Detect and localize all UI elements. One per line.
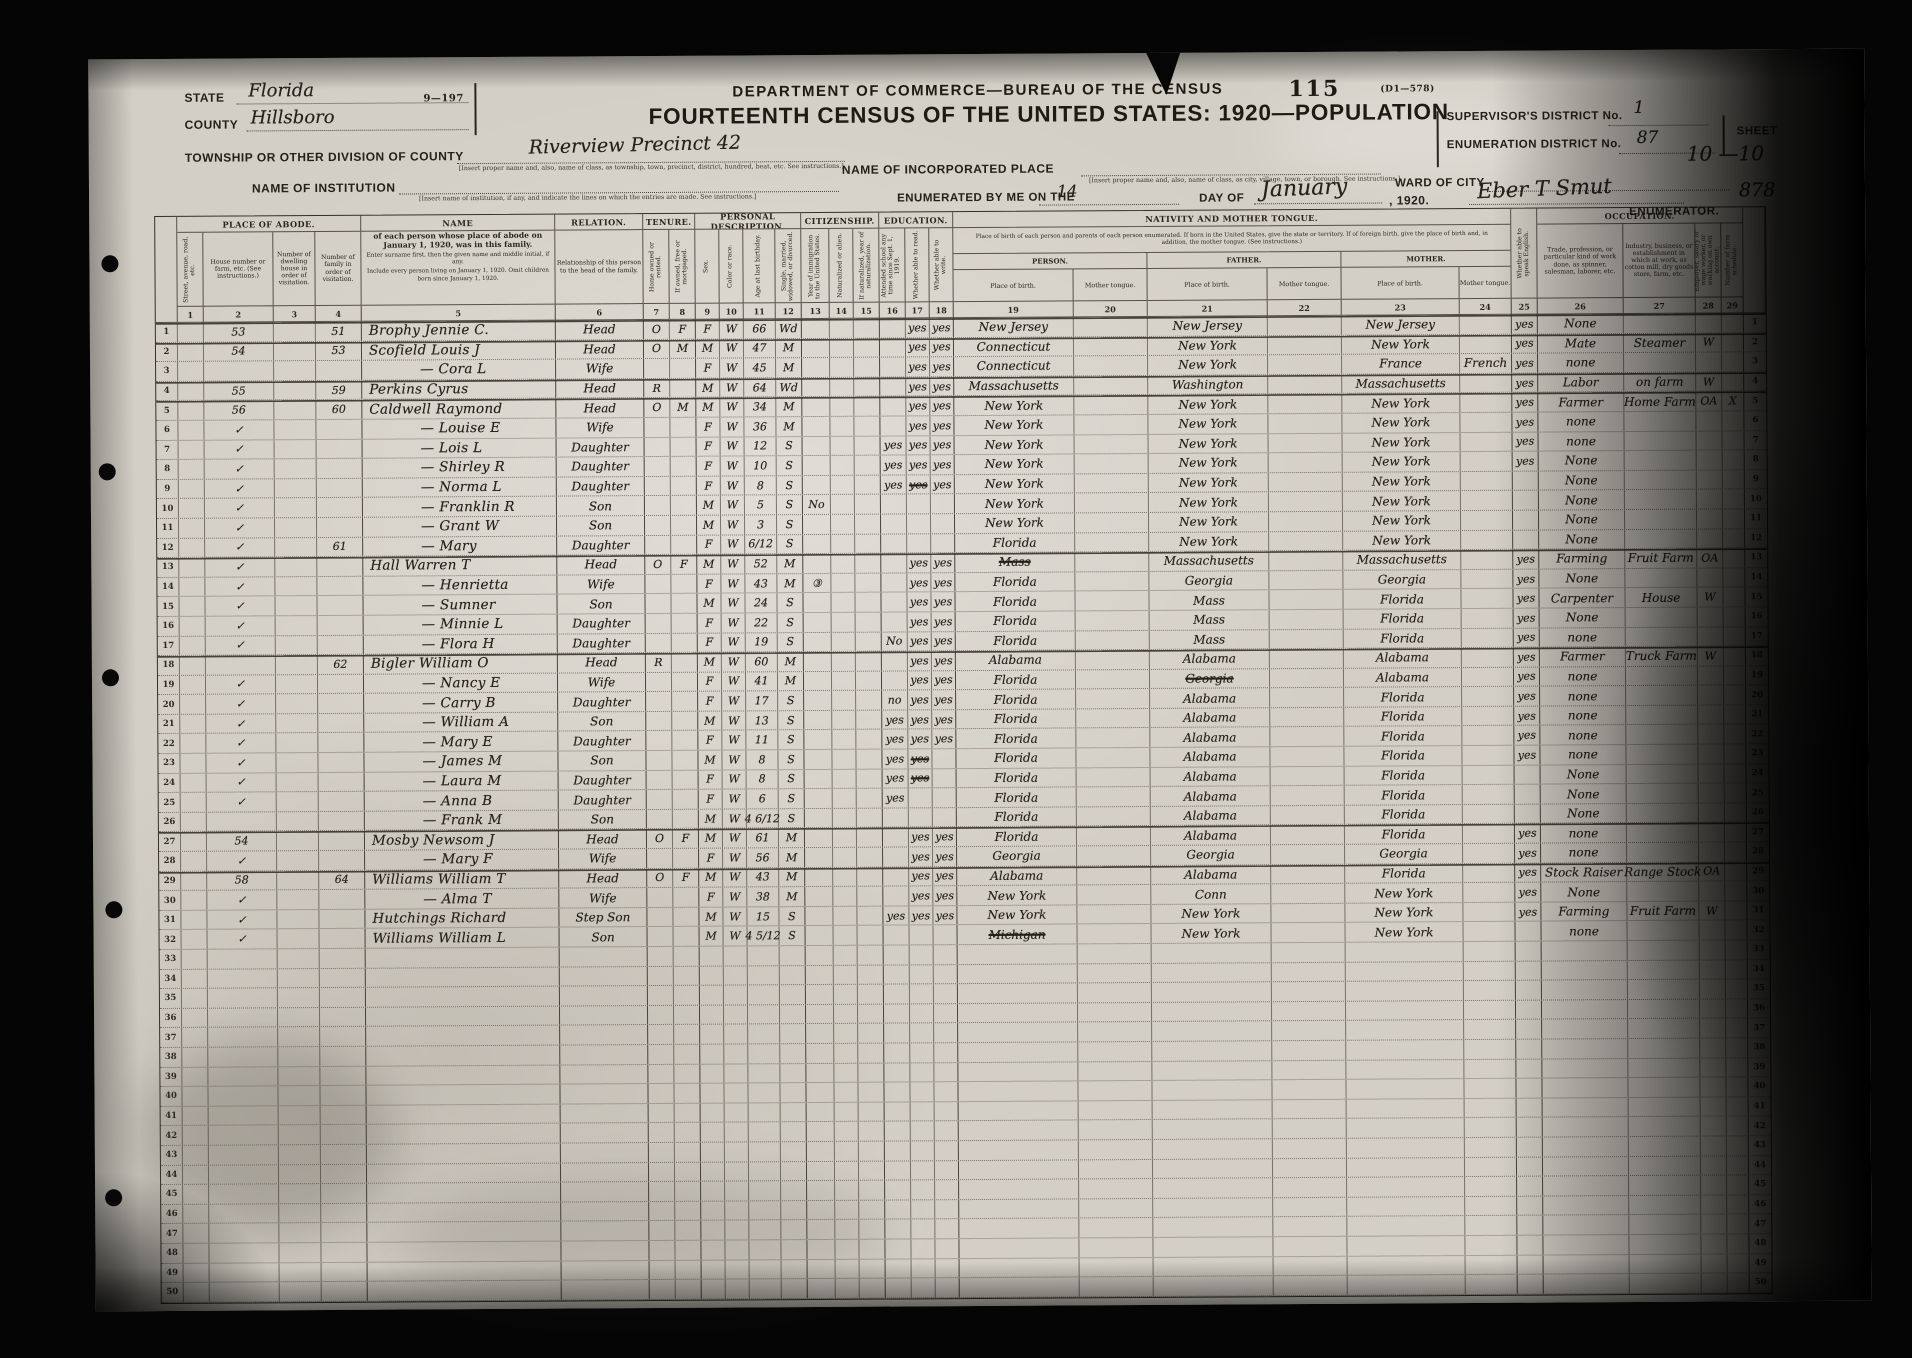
cell-c24-r6 bbox=[1460, 413, 1512, 432]
cell-c21-r38 bbox=[1152, 1041, 1272, 1060]
cell-c15-r26 bbox=[857, 808, 883, 827]
entry: yes bbox=[911, 733, 929, 746]
entry: — Mary F bbox=[423, 851, 493, 867]
cell-c6-r50 bbox=[562, 1280, 650, 1299]
cell-c28-r40 bbox=[1700, 1078, 1726, 1097]
cell-c3-r42 bbox=[279, 1125, 321, 1144]
entry: ✓ bbox=[235, 560, 244, 573]
cell-c2-r2: 54 bbox=[204, 342, 274, 361]
cell-c13-r14: ③ bbox=[803, 574, 831, 593]
row-number-left: 2 bbox=[156, 342, 178, 361]
entry: W bbox=[726, 420, 737, 433]
row-number-right: 45 bbox=[1749, 1175, 1771, 1194]
cell-c4-r13 bbox=[317, 557, 363, 576]
cell-c3-r12 bbox=[275, 538, 317, 557]
row-number-left: 16 bbox=[158, 617, 180, 636]
cell-c15-r9 bbox=[855, 475, 881, 494]
cell-c19-r47 bbox=[959, 1219, 1079, 1238]
corner-number: 878 bbox=[1739, 179, 1775, 201]
cell-c10-r4: W bbox=[720, 378, 744, 397]
cell-c9-r44 bbox=[701, 1162, 725, 1181]
cell-c14-r7 bbox=[831, 436, 855, 455]
cell-c13-r31 bbox=[805, 907, 833, 926]
cell-c13-r7 bbox=[803, 436, 831, 455]
cell-c24-r43 bbox=[1465, 1138, 1517, 1157]
cell-c27-r12 bbox=[1625, 529, 1697, 548]
cell-c7-r32 bbox=[648, 927, 674, 946]
cell-c5-r28: — Mary F bbox=[365, 850, 559, 870]
cell-c11-r26: 4 6/12 bbox=[747, 809, 779, 828]
cell-c25-r29: yes bbox=[1515, 863, 1541, 882]
cell-c19-r48 bbox=[959, 1238, 1079, 1257]
entry: New York bbox=[1179, 495, 1238, 509]
entry: yes bbox=[908, 360, 926, 373]
entry: Florida bbox=[1382, 866, 1426, 880]
entry: Steamer bbox=[1634, 336, 1686, 350]
cell-c28-r18: W bbox=[1698, 647, 1724, 666]
cell-c10-r31: W bbox=[723, 907, 747, 926]
cell-c27-r9 bbox=[1625, 470, 1697, 489]
entry: Daughter bbox=[571, 460, 629, 474]
cell-c24-r3: French bbox=[1460, 354, 1512, 373]
cell-c26-r1: None bbox=[1538, 314, 1624, 333]
cell-c11-r16: 22 bbox=[746, 613, 778, 632]
cell-c21-r48 bbox=[1153, 1237, 1273, 1256]
entry: none bbox=[1566, 434, 1596, 448]
cell-c5-r34 bbox=[366, 967, 560, 987]
cell-c28-r4: W bbox=[1696, 372, 1722, 391]
cell-c14-r49 bbox=[836, 1259, 860, 1278]
cell-c14-r16 bbox=[832, 613, 856, 632]
cell-c22-r29 bbox=[1271, 864, 1345, 883]
cell-c1-r19 bbox=[180, 675, 206, 694]
cell-c26-r20: none bbox=[1540, 686, 1626, 705]
entry: Daughter bbox=[571, 479, 629, 493]
cell-c2-r10: ✓ bbox=[205, 499, 275, 518]
cell-c25-r30: yes bbox=[1515, 883, 1541, 902]
cell-c16-r30 bbox=[883, 887, 909, 906]
entry: ✓ bbox=[235, 462, 244, 475]
cell-c6-r32: Son bbox=[560, 927, 648, 946]
cell-c20-r43 bbox=[1079, 1140, 1153, 1159]
cell-c28-r14 bbox=[1697, 568, 1723, 587]
column-group-16: EDUCATION. bbox=[879, 212, 953, 228]
entry: Connecticut bbox=[977, 339, 1051, 353]
cell-c28-r36 bbox=[1700, 999, 1726, 1018]
cell-c18-r17: yes bbox=[932, 632, 956, 651]
entry: yes bbox=[933, 458, 951, 471]
cell-c7-r41 bbox=[649, 1104, 675, 1123]
cell-c6-r9: Daughter bbox=[557, 477, 645, 496]
cell-c4-r38 bbox=[320, 1047, 366, 1066]
cell-c15-r37 bbox=[858, 1024, 884, 1043]
cell-c21-r17: Mass bbox=[1150, 630, 1270, 649]
cell-c21-r15: Mass bbox=[1149, 591, 1269, 610]
entry: yes bbox=[911, 831, 929, 844]
cell-c5-r20: — Carry B bbox=[364, 693, 558, 713]
entry: S bbox=[787, 753, 795, 766]
cell-c6-r46 bbox=[561, 1202, 649, 1221]
cell-c2-r38 bbox=[208, 1047, 278, 1066]
entry: ✓ bbox=[236, 678, 245, 691]
cell-c13-r45 bbox=[807, 1181, 835, 1200]
cell-c10-r46 bbox=[725, 1201, 749, 1220]
entry: New York bbox=[1179, 475, 1238, 489]
cell-c14-r43 bbox=[835, 1142, 859, 1161]
cell-c22-r33 bbox=[1272, 943, 1346, 962]
cell-c4-r19 bbox=[318, 674, 364, 693]
entry: Alabama bbox=[989, 653, 1042, 667]
column-number-26: 26 bbox=[1538, 298, 1624, 315]
entry: yes bbox=[886, 752, 904, 765]
entry: — Cora L bbox=[420, 361, 487, 377]
cell-c1-r14 bbox=[179, 577, 205, 596]
entry: New York bbox=[1372, 533, 1431, 547]
punch-hole bbox=[102, 669, 119, 686]
row-number-right: 8 bbox=[1745, 450, 1767, 469]
cell-c14-r21 bbox=[832, 711, 856, 730]
entry: Carpenter bbox=[1551, 591, 1613, 605]
entry: S bbox=[788, 812, 796, 825]
cell-c9-r2: M bbox=[696, 339, 720, 358]
cell-c20-r48 bbox=[1079, 1238, 1153, 1257]
cell-c11-r2: 47 bbox=[744, 339, 776, 358]
entry: none bbox=[1567, 630, 1597, 644]
row-number-right: 49 bbox=[1750, 1254, 1772, 1273]
cell-c25-r40 bbox=[1516, 1079, 1542, 1098]
cell-c21-r39 bbox=[1152, 1061, 1272, 1080]
entry: Florida bbox=[1380, 611, 1424, 625]
entry: yes bbox=[932, 360, 950, 373]
entry: Florida bbox=[993, 594, 1037, 608]
cell-c23-r20: Florida bbox=[1344, 687, 1462, 706]
cell-c5-r44 bbox=[367, 1163, 561, 1183]
cell-c22-r13 bbox=[1269, 551, 1343, 570]
column-label-9: Sex. bbox=[695, 230, 719, 304]
cell-c27-r43 bbox=[1629, 1137, 1701, 1156]
entry: F bbox=[705, 538, 713, 551]
cell-c4-r43 bbox=[321, 1145, 367, 1164]
cell-c21-r34 bbox=[1152, 963, 1272, 982]
cell-c23-r35 bbox=[1346, 981, 1464, 1000]
entry: None bbox=[1567, 767, 1600, 781]
entry: yes bbox=[1518, 827, 1536, 840]
cell-c16-r21: yes bbox=[882, 710, 908, 729]
entry: Florida bbox=[993, 575, 1037, 589]
cell-c24-r47 bbox=[1465, 1216, 1517, 1235]
cell-c23-r13: Massachusetts bbox=[1343, 550, 1461, 569]
cell-c29-r48 bbox=[1727, 1234, 1749, 1253]
cell-c16-r38 bbox=[884, 1043, 910, 1062]
row-number-right: 2 bbox=[1744, 333, 1766, 352]
entry: ✓ bbox=[236, 639, 245, 652]
cell-c17-r35 bbox=[910, 984, 934, 1003]
entry: — Sumner bbox=[421, 597, 495, 613]
cell-c17-r3: yes bbox=[906, 357, 930, 376]
cell-c4-r6 bbox=[316, 420, 362, 439]
cell-c29-r41 bbox=[1727, 1097, 1749, 1116]
cell-c28-r49 bbox=[1702, 1254, 1728, 1273]
cell-c16-r9: yes bbox=[881, 475, 907, 494]
column-number-7: 7 bbox=[644, 304, 670, 320]
entry: yes bbox=[1517, 690, 1535, 703]
entry: none bbox=[1569, 846, 1599, 860]
entry: yes bbox=[1518, 709, 1536, 722]
cell-c16-r14 bbox=[881, 573, 907, 592]
cell-c8-r4 bbox=[670, 379, 696, 398]
cell-c8-r35 bbox=[674, 986, 700, 1005]
entry: W bbox=[727, 479, 738, 492]
column-label-text: If naturalized, year of naturalization. bbox=[859, 230, 873, 300]
entry: M bbox=[783, 361, 794, 374]
name-header-line: January 1, 1920, was in this family. bbox=[383, 240, 532, 250]
cell-c1-r40 bbox=[182, 1087, 208, 1106]
entry: Bigler William O bbox=[371, 655, 489, 672]
cell-c16-r25: yes bbox=[883, 789, 909, 808]
cell-c8-r6 bbox=[670, 418, 696, 437]
entry: W bbox=[729, 890, 740, 903]
cell-c4-r11 bbox=[317, 518, 363, 537]
cell-c6-r30: Wife bbox=[559, 888, 647, 907]
entry: M bbox=[703, 518, 714, 531]
cell-c26-r21: none bbox=[1540, 706, 1626, 725]
entry: Alabama bbox=[1184, 769, 1237, 783]
cell-c21-r30: Conn bbox=[1151, 884, 1271, 903]
entry: 43 bbox=[754, 577, 768, 590]
column-label-text: Trade, profession, or particular kind of… bbox=[1537, 245, 1622, 276]
cell-c7-r35 bbox=[648, 986, 674, 1005]
cell-c15-r14 bbox=[855, 573, 881, 592]
cell-c16-r35 bbox=[884, 985, 910, 1004]
cell-c13-r5 bbox=[802, 397, 830, 416]
row-number-right: 9 bbox=[1745, 470, 1767, 489]
entry: 36 bbox=[753, 420, 767, 433]
cell-c11-r14: 43 bbox=[745, 574, 777, 593]
cell-c16-r29 bbox=[883, 867, 909, 886]
cell-c3-r4 bbox=[274, 381, 316, 400]
entry: Conn bbox=[1195, 887, 1227, 901]
cell-c22-r44 bbox=[1273, 1158, 1347, 1177]
entry: yes bbox=[935, 713, 953, 726]
cell-c10-r14: W bbox=[721, 574, 745, 593]
cell-c15-r33 bbox=[858, 946, 884, 965]
cell-c1-r36 bbox=[182, 1009, 208, 1028]
cell-c10-r11: W bbox=[721, 515, 745, 534]
cell-c10-r44 bbox=[725, 1162, 749, 1181]
cell-c16-r44 bbox=[885, 1161, 911, 1180]
cell-c21-r33 bbox=[1152, 943, 1272, 962]
cell-c20-r4 bbox=[1074, 376, 1148, 395]
entry: New York bbox=[1372, 435, 1431, 449]
cell-c20-r16 bbox=[1076, 611, 1150, 630]
cell-c1-r17 bbox=[180, 636, 206, 655]
entry: F bbox=[706, 695, 714, 708]
form-code: 9—197 bbox=[423, 93, 463, 104]
entry: M bbox=[704, 656, 715, 669]
cell-c14-r26 bbox=[833, 809, 857, 828]
cell-c23-r41 bbox=[1347, 1099, 1465, 1118]
cell-c26-r49 bbox=[1544, 1255, 1630, 1274]
entry: ✓ bbox=[234, 443, 243, 456]
stamp-number: 115 bbox=[1288, 76, 1340, 102]
column-label-text: Home owned or rented. bbox=[649, 231, 663, 301]
cell-c25-r35 bbox=[1516, 981, 1542, 1000]
entry: W bbox=[1703, 336, 1714, 349]
cell-c6-r28: Wife bbox=[559, 849, 647, 868]
entry: New York bbox=[1181, 907, 1240, 921]
entry: 6/12 bbox=[748, 538, 773, 551]
column-number-16: 16 bbox=[880, 302, 906, 318]
cell-c20-r15 bbox=[1075, 591, 1149, 610]
cell-c1-r4 bbox=[178, 382, 204, 401]
entry: M bbox=[702, 342, 713, 355]
cell-c2-r48 bbox=[209, 1243, 279, 1262]
cell-c16-r27 bbox=[883, 828, 909, 847]
cell-c17-r14: yes bbox=[907, 573, 931, 592]
cell-c11-r13: 52 bbox=[745, 554, 777, 573]
cell-c26-r26: None bbox=[1541, 804, 1627, 823]
cell-c14-r22 bbox=[832, 730, 856, 749]
cell-c10-r8: W bbox=[721, 457, 745, 476]
cell-c26-r24: None bbox=[1541, 765, 1627, 784]
cell-c21-r1: New Jersey bbox=[1148, 316, 1268, 335]
cell-c20-r1 bbox=[1074, 317, 1148, 336]
cell-c14-r30 bbox=[833, 887, 857, 906]
cell-c6-r48 bbox=[561, 1241, 649, 1260]
cell-c19-r38 bbox=[958, 1042, 1078, 1061]
cell-c26-r10: None bbox=[1539, 490, 1625, 509]
cell-c18-r6: yes bbox=[930, 416, 954, 435]
cell-c11-r6: 36 bbox=[744, 417, 776, 436]
entry: W bbox=[729, 812, 740, 825]
entry: W bbox=[727, 518, 738, 531]
cell-c6-r7: Daughter bbox=[557, 438, 645, 457]
entry: F bbox=[705, 636, 713, 649]
cell-c3-r3 bbox=[274, 361, 316, 380]
cell-c9-r1: F bbox=[696, 320, 720, 339]
entry: W bbox=[728, 675, 739, 688]
cell-c16-r7: yes bbox=[881, 436, 907, 455]
row-number-left: 9 bbox=[157, 480, 179, 499]
cell-c4-r26 bbox=[319, 812, 365, 831]
cell-c18-r10 bbox=[931, 494, 955, 513]
cell-c25-r47 bbox=[1517, 1216, 1543, 1235]
cell-c12-r29: M bbox=[779, 868, 805, 887]
cell-c20-r13 bbox=[1075, 552, 1149, 571]
cell-c21-r27: Alabama bbox=[1151, 826, 1271, 845]
cell-c5-r13: Hall Warren T bbox=[363, 556, 557, 576]
cell-c13-r11 bbox=[803, 515, 831, 534]
cell-c4-r33 bbox=[320, 949, 366, 968]
entry: yes bbox=[1515, 357, 1533, 370]
cell-c5-r17: — Flora H bbox=[364, 634, 558, 654]
cell-c17-r4: yes bbox=[906, 377, 930, 396]
cell-c17-r1: yes bbox=[906, 318, 930, 337]
cell-c4-r16 bbox=[318, 616, 364, 635]
entry: None bbox=[1565, 454, 1598, 468]
cell-c6-r35 bbox=[560, 986, 648, 1005]
cell-c17-r37 bbox=[910, 1024, 934, 1043]
entry: S bbox=[786, 596, 794, 609]
cell-c6-r15: Son bbox=[557, 594, 645, 613]
cell-c8-r18 bbox=[672, 653, 698, 672]
cell-c28-r45 bbox=[1701, 1176, 1727, 1195]
cell-c18-r25 bbox=[933, 788, 957, 807]
cell-c9-r5: M bbox=[696, 398, 720, 417]
cell-c17-r7: yes bbox=[907, 436, 931, 455]
cell-c2-r5: 56 bbox=[204, 401, 274, 420]
cell-c13-r4 bbox=[802, 378, 830, 397]
cell-c2-r50 bbox=[210, 1282, 280, 1301]
entry: None bbox=[1567, 885, 1600, 899]
cell-c13-r33 bbox=[806, 946, 834, 965]
census-title: FOURTEENTH CENSUS OF THE UNITED STATES: … bbox=[648, 99, 1448, 130]
cell-c16-r48 bbox=[885, 1239, 911, 1258]
entry: — James M bbox=[422, 753, 502, 769]
cell-c12-r47 bbox=[781, 1220, 807, 1239]
cell-c5-r40 bbox=[366, 1085, 560, 1105]
entry: yes bbox=[934, 615, 952, 628]
cell-c7-r34 bbox=[648, 966, 674, 985]
cell-c28-r8 bbox=[1697, 451, 1723, 470]
cell-c24-r45 bbox=[1465, 1177, 1517, 1196]
row-number-left: 24 bbox=[159, 774, 181, 793]
cell-c8-r5: M bbox=[670, 398, 696, 417]
cell-c13-r29 bbox=[805, 868, 833, 887]
cell-c10-r35 bbox=[724, 986, 748, 1005]
cell-c24-r9 bbox=[1461, 471, 1513, 490]
cell-c5-r38 bbox=[366, 1046, 560, 1066]
cell-c29-r42 bbox=[1727, 1117, 1749, 1136]
cell-c29-r7 bbox=[1722, 431, 1744, 450]
entry: ✓ bbox=[237, 894, 246, 907]
entry: yes bbox=[911, 752, 929, 765]
entry: 24 bbox=[754, 596, 768, 609]
cell-c1-r33 bbox=[182, 950, 208, 969]
cell-c4-r50 bbox=[322, 1282, 368, 1301]
entry: W bbox=[726, 322, 737, 335]
cell-c17-r23: yes bbox=[908, 749, 932, 768]
cell-c19-r43 bbox=[959, 1140, 1079, 1159]
cell-c18-r4: yes bbox=[930, 377, 954, 396]
row-number-right: 35 bbox=[1748, 979, 1770, 998]
cell-c14-r10 bbox=[831, 495, 855, 514]
cell-c12-r25: S bbox=[779, 789, 805, 808]
cell-c9-r37 bbox=[700, 1025, 724, 1044]
entry: Alabama bbox=[1183, 652, 1236, 666]
cell-c24-r22 bbox=[1462, 726, 1514, 745]
cell-c26-r14: None bbox=[1539, 569, 1625, 588]
cell-c8-r44 bbox=[675, 1162, 701, 1181]
cell-c17-r43 bbox=[911, 1141, 935, 1160]
cell-c29-r38 bbox=[1726, 1038, 1748, 1057]
cell-c18-r36 bbox=[934, 1004, 958, 1023]
cell-c11-r50 bbox=[750, 1279, 782, 1298]
cell-c28-r19 bbox=[1698, 666, 1724, 685]
cell-c21-r29: Alabama bbox=[1151, 865, 1271, 884]
cell-c23-r47 bbox=[1347, 1216, 1465, 1235]
cell-c3-r19 bbox=[276, 675, 318, 694]
cell-c25-r25 bbox=[1515, 785, 1541, 804]
entry: ✓ bbox=[234, 423, 243, 436]
cell-c29-r21 bbox=[1724, 705, 1746, 724]
cell-c28-r24 bbox=[1699, 764, 1725, 783]
entry: yes bbox=[908, 321, 926, 334]
column-label-11: Age at last birthday. bbox=[743, 229, 775, 303]
cell-c24-r50 bbox=[1466, 1275, 1518, 1294]
cell-c1-r50 bbox=[184, 1283, 210, 1302]
entry: New York bbox=[1178, 358, 1237, 372]
